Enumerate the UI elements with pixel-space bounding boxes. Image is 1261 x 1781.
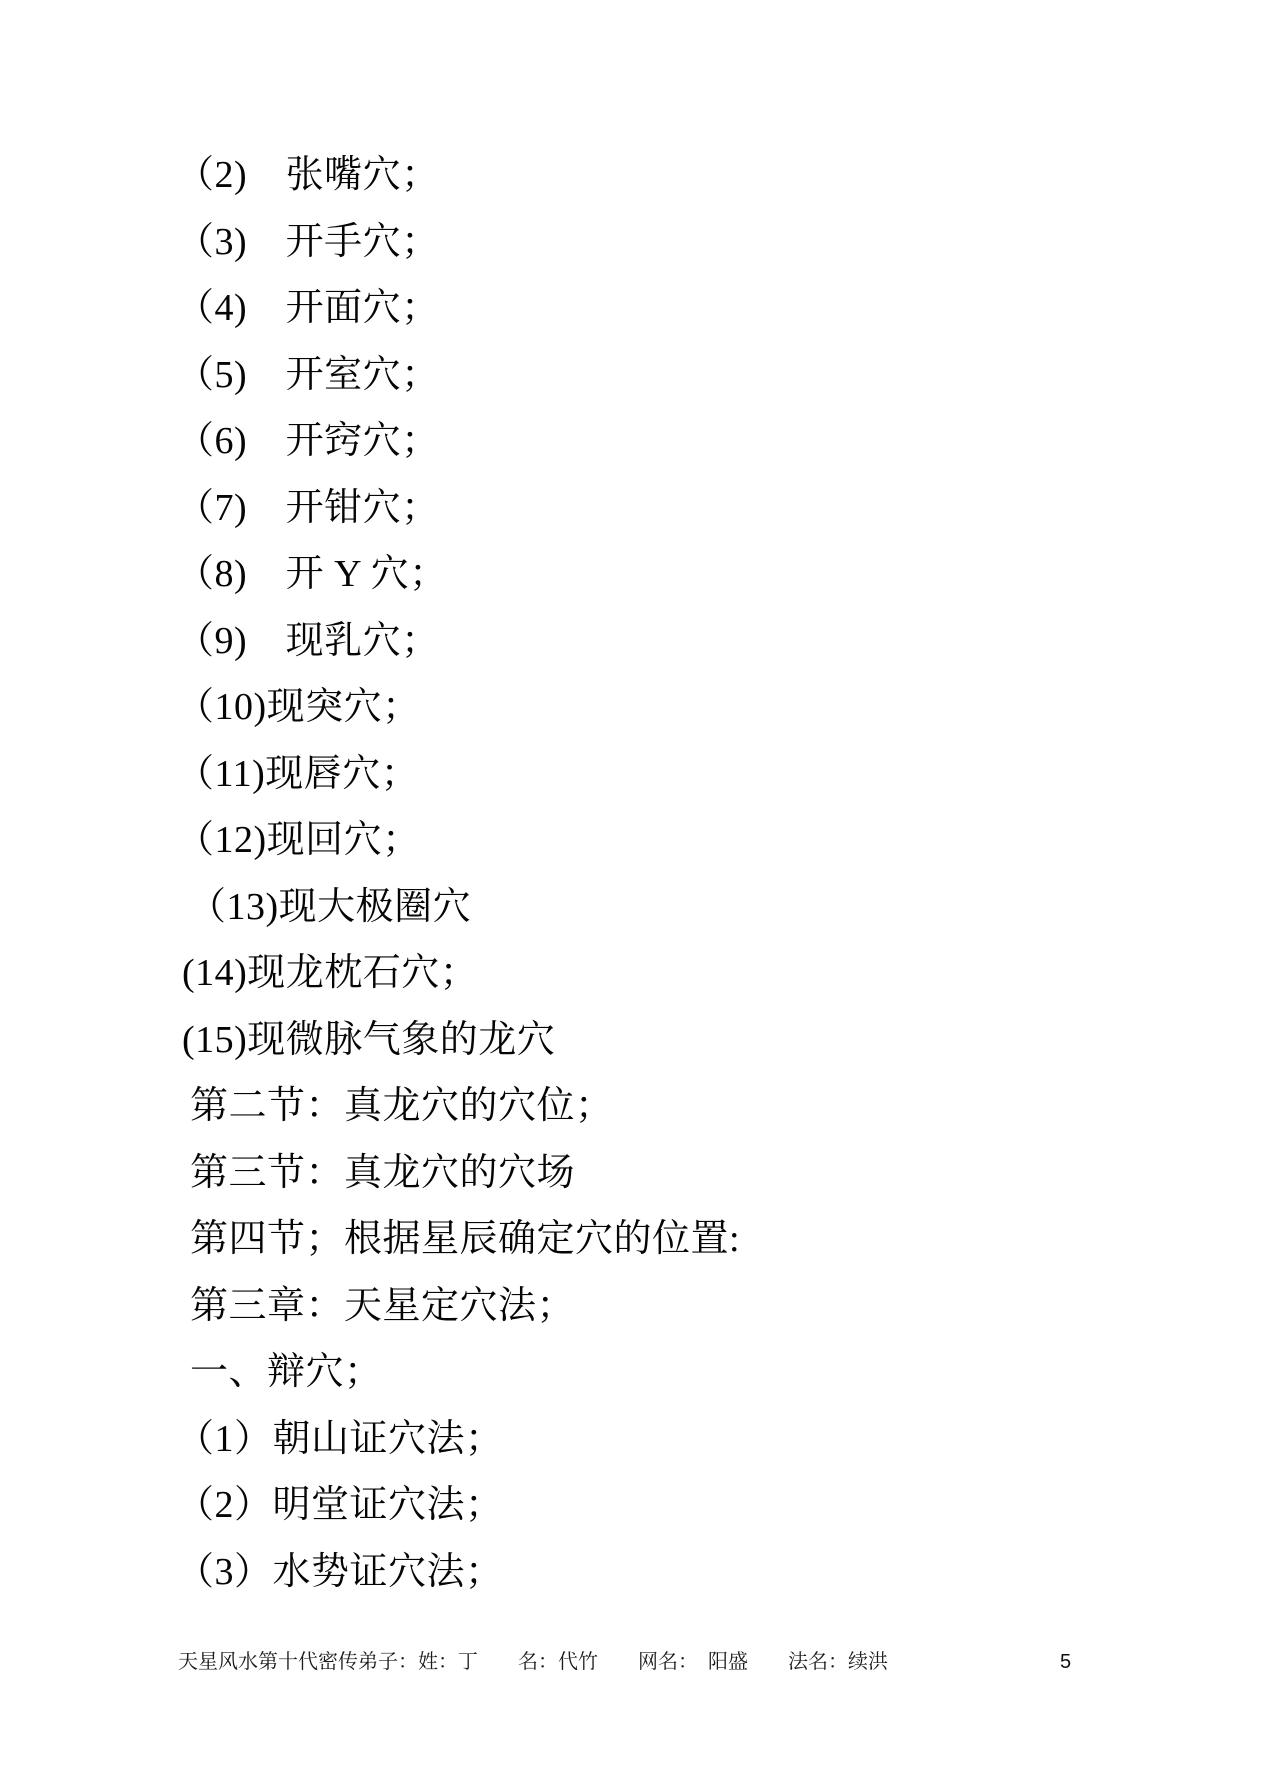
- doc-line: （2) 张嘴穴；: [170, 142, 1221, 209]
- doc-line: （13)现大极圈穴: [170, 874, 1221, 941]
- doc-line: （12)现回穴；: [170, 807, 1221, 874]
- doc-line: （11)现唇穴；: [170, 741, 1221, 808]
- doc-line: （7) 开钳穴；: [170, 475, 1221, 542]
- toc-content: （2) 张嘴穴； （3) 开手穴； （4) 开面穴； （5) 开室穴； （6) …: [170, 142, 1221, 1605]
- doc-subhead-line: 一、辩穴；: [170, 1339, 1221, 1406]
- doc-line: （4) 开面穴；: [170, 275, 1221, 342]
- doc-line: （3) 开手穴；: [170, 209, 1221, 276]
- doc-line: （6) 开窍穴；: [170, 408, 1221, 475]
- page-footer: 天星风水第十代密传弟子：姓：丁 名：代竹 网名： 阳盛 法名：续洪 5: [178, 1642, 1261, 1682]
- doc-line: （3）水势证穴法；: [170, 1539, 1221, 1606]
- doc-line: （10)现突穴；: [170, 674, 1221, 741]
- doc-line: （8) 开 Y 穴；: [170, 541, 1221, 608]
- footer-text: 天星风水第十代密传弟子：姓：丁 名：代竹 网名： 阳盛 法名：续洪: [178, 1651, 888, 1673]
- doc-line: (14)现龙枕石穴；: [170, 940, 1221, 1007]
- doc-section-line: 第二节：真龙穴的穴位；: [170, 1073, 1221, 1140]
- doc-section-line: 第四节；根据星辰确定穴的位置:: [170, 1206, 1221, 1273]
- document-page: （2) 张嘴穴； （3) 开手穴； （4) 开面穴； （5) 开室穴； （6) …: [0, 0, 1261, 1781]
- doc-section-line: 第三节：真龙穴的穴场: [170, 1140, 1221, 1207]
- doc-chapter-line: 第三章：天星定穴法；: [170, 1273, 1221, 1340]
- doc-line: （9) 现乳穴；: [170, 608, 1221, 675]
- page-number: 5: [1060, 1642, 1071, 1682]
- doc-line: （1）朝山证穴法；: [170, 1406, 1221, 1473]
- doc-line: （5) 开室穴；: [170, 342, 1221, 409]
- doc-line: (15)现微脉气象的龙穴: [170, 1007, 1221, 1074]
- doc-line: （2）明堂证穴法；: [170, 1472, 1221, 1539]
